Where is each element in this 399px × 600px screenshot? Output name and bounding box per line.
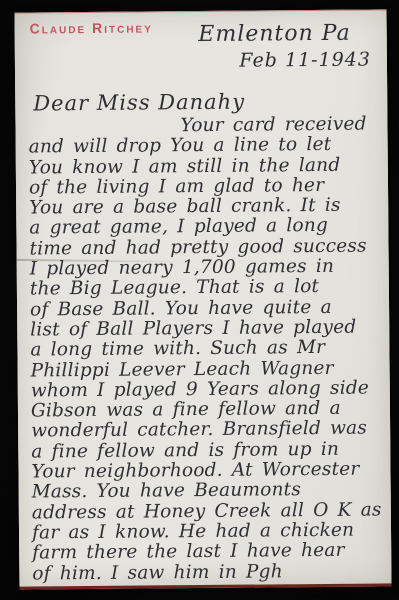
letter-salutation: Dear Miss Danahy xyxy=(33,90,245,116)
letter-line: farm there the last I have hear xyxy=(32,541,387,564)
letter-body: Your card received and will drop You a l… xyxy=(28,114,387,584)
letter-date: Feb 11-1943 xyxy=(239,49,371,72)
letter-page: Claude Ritchey Emlenton Pa Feb 11-1943 D… xyxy=(14,9,391,589)
photo-background: Claude Ritchey Emlenton Pa Feb 11-1943 D… xyxy=(0,0,399,600)
letter-line: of him. I saw him in Pgh xyxy=(32,561,387,584)
letter-line: You know I am still in the land xyxy=(29,155,384,178)
letter-place: Emlenton Pa xyxy=(198,21,351,47)
collector-annotation-name: Claude Ritchey xyxy=(30,19,153,36)
